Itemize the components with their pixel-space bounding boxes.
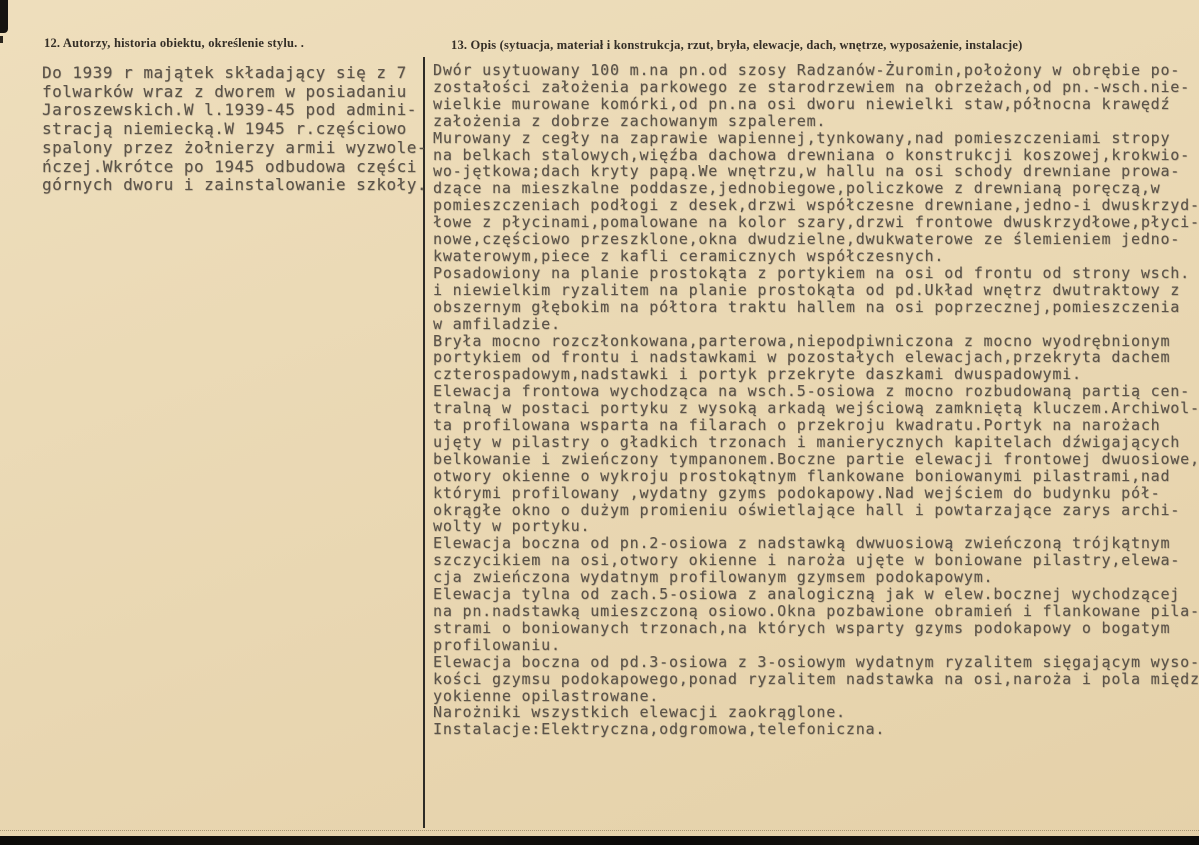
section-13-header: 13. Opis (sytuacja, materiał i konstrukc… [451, 38, 1022, 53]
typed-line: wolty w portyku. [433, 518, 1199, 535]
typed-line: folwarków wraz z dworem w posiadaniu [42, 83, 427, 102]
scan-mark-left-edge [0, 36, 3, 43]
typed-line: Elewacja tylna od zach.5-osiowa z analog… [433, 586, 1199, 603]
typed-line: Jaroszewskich.W l.1939-45 pod admini- [42, 101, 427, 120]
typed-line: ńczej.Wkrótce po 1945 odbudowa części [42, 158, 427, 177]
typed-line: Instalacje:Elektryczna,odgromowa,telefon… [433, 721, 1199, 738]
typed-line: kwaterowym,piece z kafli ceramicznych ws… [433, 248, 1199, 265]
typed-line: na belkach stalowych,więźba dachowa drew… [433, 147, 1199, 164]
typed-line: Elewacja boczna od pn.2-osiowa z nadstaw… [433, 535, 1199, 552]
typed-line: wo-jętkowa;dach kryty papą.We wnętrzu,w … [433, 163, 1199, 180]
typed-line: spalony przez żołnierzy armii wyzwole- [42, 139, 427, 158]
typed-line: którymi profilowany ,wydatny gzyms podok… [433, 485, 1199, 502]
typed-line: dzące na mieszkalne poddasze,jednobiegow… [433, 180, 1199, 197]
typed-line: profilowaniu. [433, 637, 1199, 654]
typed-line: Murowany z cegły na zaprawie wapiennej,t… [433, 130, 1199, 147]
typed-line: Dwór usytuowany 100 m.na pn.od szosy Rad… [433, 62, 1199, 79]
typed-line: górnych dworu i zainstalowanie szkoły. [42, 176, 427, 195]
typed-line: pomieszczeniach podłogi z desek,drzwi ws… [433, 197, 1199, 214]
typed-line: Do 1939 r majątek składający się z 7 [42, 64, 427, 83]
typed-line: tralną w postaci portyku z wysoką arkadą… [433, 400, 1199, 417]
typed-line: założenia z dobrze zachowanym szpalerem. [433, 113, 1199, 130]
typed-line: szczycikiem na osi,otwory okienne i naro… [433, 552, 1199, 569]
typed-line: Narożniki wszystkich elewacji zaokrąglon… [433, 704, 1199, 721]
scan-edge-bottom [0, 836, 1199, 845]
typed-line: kości gzymsu podokapowego,ponad ryzalite… [433, 671, 1199, 688]
typed-line: Bryła mocno rozczłonkowana,parterowa,nie… [433, 333, 1199, 350]
section-13-text-block: Dwór usytuowany 100 m.na pn.od szosy Rad… [433, 62, 1199, 738]
typed-line: i niewielkim ryzalitem na planie prostok… [433, 282, 1199, 299]
typed-line: w amfiladzie. [433, 316, 1199, 333]
typed-line: stracją niemiecką.W 1945 r.częściowo [42, 120, 427, 139]
typed-line: strami o boniowanych trzonach,na których… [433, 620, 1199, 637]
typed-line: cja zwieńczona wydatnym profilowanym gzy… [433, 569, 1199, 586]
typed-line: czterospadowym,nadstawki i portyk przekr… [433, 366, 1199, 383]
typed-line: Elewacja frontowa wychodząca na wsch.5-o… [433, 383, 1199, 400]
typed-line: zostałości założenia parkowego ze starod… [433, 79, 1199, 96]
typed-line: obszernym głębokim na półtora traktu hal… [433, 299, 1199, 316]
typed-line: yokienne opilastrowane. [433, 688, 1199, 705]
document-scan-page: { "page": { "colors": { "paper": "#e9d7b… [0, 0, 1199, 845]
typed-line: okrągłe okno o dużym promieniu oświetlaj… [433, 502, 1199, 519]
fold-dotted-line [0, 830, 1199, 831]
typed-line: Posadowiony na planie prostokąta z porty… [433, 265, 1199, 282]
typed-line: belkowanie i zwieńczony tympanonem.Boczn… [433, 451, 1199, 468]
typed-line: ujęty w pilastry o gładkich trzonach i m… [433, 434, 1199, 451]
section-12-text-block: Do 1939 r majątek składający się z 7 fol… [42, 64, 427, 195]
typed-line: Elewacja boczna od pd.3-osiowa z 3-osiow… [433, 654, 1199, 671]
scan-mark-top-left [0, 0, 8, 33]
typed-line: nowe,częściowo przeszklone,okna dwudziel… [433, 231, 1199, 248]
typed-line: na pn.nadstawką umieszczoną osiowo.Okna … [433, 603, 1199, 620]
section-12-header: 12. Autorzy, historia obiektu, określeni… [44, 36, 304, 51]
typed-line: ta profilowana wsparta na filarach o prz… [433, 417, 1199, 434]
typed-line: otwory okienne o wykroju prostokątnym fl… [433, 468, 1199, 485]
typed-line: wielkie murowane komórki,od pn.na osi dw… [433, 96, 1199, 113]
typed-line: łowe z płycinami,pomalowane na kolor sza… [433, 214, 1199, 231]
typed-line: portykiem od frontu i nadstawkami w pozo… [433, 349, 1199, 366]
